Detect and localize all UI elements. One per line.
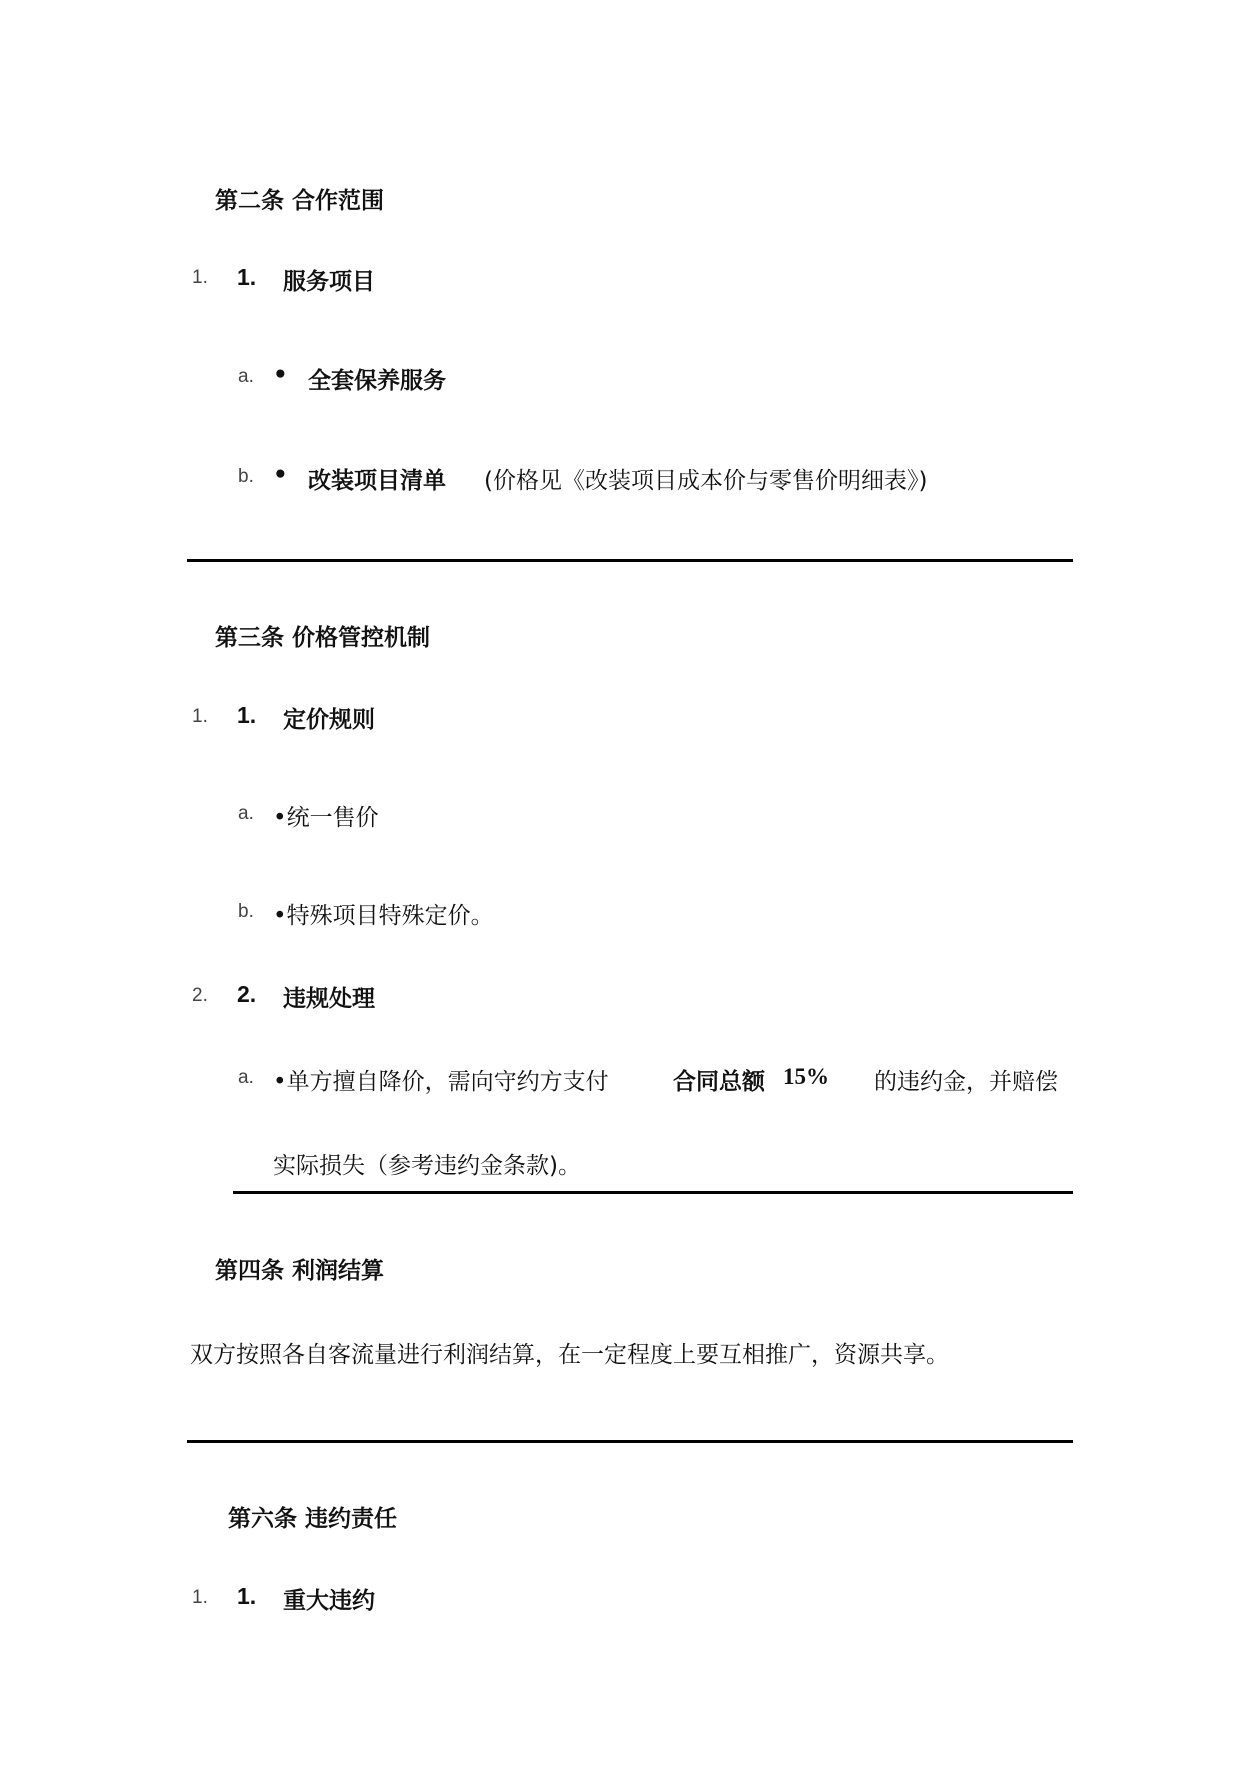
article-4-heading: 第四条 利润结算: [215, 1252, 384, 1285]
item-title-violation-handling: 违规处理: [283, 980, 375, 1013]
article-6-heading: 第六条 违约责任: [228, 1500, 397, 1533]
item-number: 1.: [237, 1583, 256, 1610]
list-marker: 2.: [192, 985, 208, 1007]
sublist-marker: a.: [238, 1067, 254, 1089]
divider: [187, 559, 1073, 562]
list-marker: 1.: [192, 267, 208, 289]
subitem-price-reference: (价格见《改装项目成本价与零售价明细表》): [484, 462, 927, 495]
divider: [233, 1191, 1073, 1194]
penalty-text-after: 的违约金，并赔偿: [874, 1063, 1058, 1096]
divider: [187, 1440, 1073, 1443]
article-2-heading: 第二条 合作范围: [215, 182, 384, 215]
profit-settlement-paragraph: 双方按照各自客流量进行利润结算，在一定程度上要互相推广，资源共享。: [190, 1336, 949, 1369]
penalty-contract-total: 合同总额: [673, 1063, 765, 1096]
list-marker: 1.: [192, 706, 208, 728]
penalty-text-before: •单方擅自降价，需向守约方支付: [273, 1063, 609, 1096]
item-number: 1.: [237, 702, 256, 729]
list-marker: 1.: [192, 1587, 208, 1609]
sublist-marker: a.: [238, 366, 254, 388]
subitem-modification-list: 改装项目清单: [308, 462, 446, 495]
sublist-marker: b.: [238, 901, 254, 923]
penalty-continuation: 实际损失（参考违约金条款)。: [273, 1147, 581, 1180]
item-title-major-breach: 重大违约: [283, 1582, 375, 1615]
subitem-special-pricing: •特殊项目特殊定价。: [273, 897, 494, 930]
subitem-full-maintenance: 全套保养服务: [308, 362, 446, 395]
item-title-pricing-rules: 定价规则: [283, 701, 375, 734]
article-3-heading: 第三条 价格管控机制: [215, 619, 430, 652]
item-number: 2.: [237, 981, 256, 1008]
item-number: 1.: [237, 264, 256, 291]
penalty-percentage: 15%: [783, 1064, 829, 1090]
subitem-unified-price: •统一售价: [273, 799, 379, 832]
sublist-marker: b.: [238, 466, 254, 488]
item-title-service-items: 服务项目: [283, 263, 375, 296]
sublist-marker: a.: [238, 803, 254, 825]
bullet-glyph: •: [273, 462, 288, 488]
bullet-glyph: •: [273, 362, 288, 388]
